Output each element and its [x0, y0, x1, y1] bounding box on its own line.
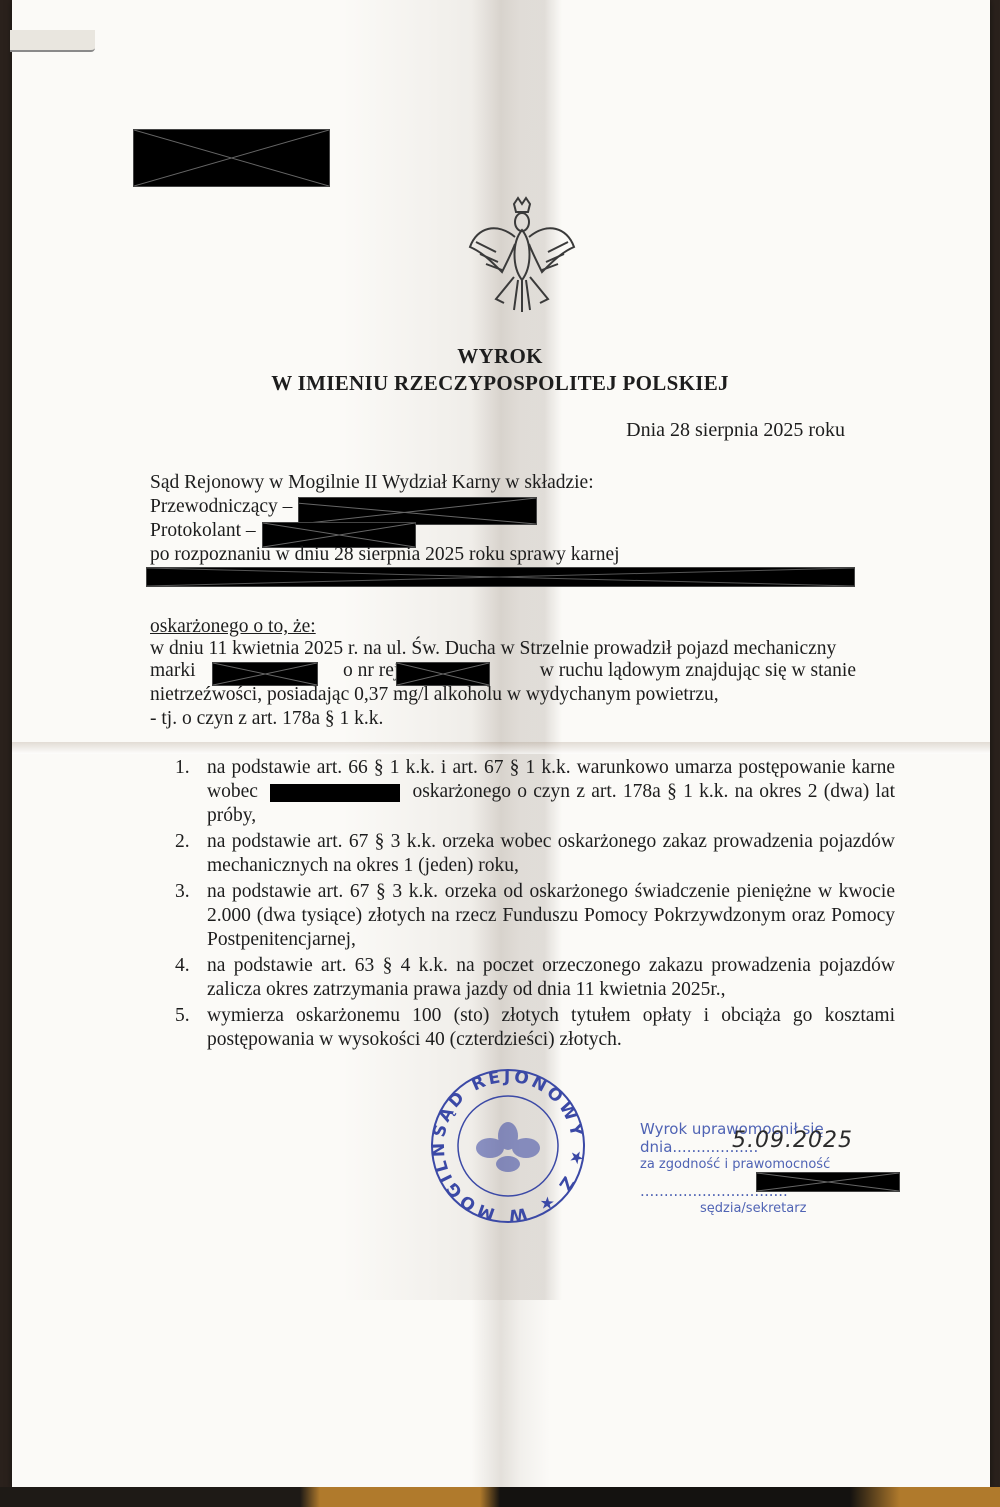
clerk-label: Protokolant – [150, 520, 256, 542]
redaction-box [298, 497, 537, 525]
torn-corner [10, 30, 95, 52]
charge-line: w dniu 11 kwietnia 2025 r. na ul. Św. Du… [150, 638, 836, 660]
court-seal-stamp: SĄD REJONOWY ★ Z ★ W MOGILNIE [428, 1066, 588, 1226]
ruling-item: 3. na podstawie art. 67 § 3 k.k. orzeka … [175, 880, 895, 952]
ruling-item: 5. wymierza oskarżonemu 100 (sto) złotyc… [175, 1004, 895, 1052]
redaction-box [270, 784, 400, 802]
charge-heading: oskarżonego o to, że: [150, 616, 316, 638]
eagle-seal-icon [476, 1122, 540, 1172]
ruling-text: na podstawie art. 67 § 3 k.k. orzeka od … [207, 880, 895, 952]
ruling-text: na podstawie art. 67 § 3 k.k. orzeka wob… [207, 830, 895, 878]
ruling-number: 5. [175, 1004, 207, 1052]
ruling-number: 4. [175, 954, 207, 1002]
charge-text: marki [150, 660, 195, 682]
ruling-number: 3. [175, 880, 207, 952]
polish-eagle-emblem-icon [462, 192, 582, 322]
hearing-line: po rozpoznaniu w dniu 28 sierpnia 2025 r… [150, 544, 620, 566]
ruling-text: wymierza oskarżonemu 100 (sto) złotych t… [207, 1004, 895, 1052]
document-subtitle: W IMIENIU RZECZYPOSPOLITEJ POLSKIEJ [0, 371, 1000, 396]
ruling-text: na podstawie art. 66 § 1 k.k. i art. 67 … [207, 756, 895, 828]
paper-fold [12, 742, 990, 754]
redaction-box [212, 662, 318, 686]
document-date: Dnia 28 sierpnia 2025 roku [626, 419, 845, 442]
ruling-item: 2. na podstawie art. 67 § 3 k.k. orzeka … [175, 830, 895, 878]
ruling-item: 1. na podstawie art. 66 § 1 k.k. i art. … [175, 756, 895, 828]
ruling-text: na podstawie art. 63 § 4 k.k. na poczet … [207, 954, 895, 1002]
redaction-box [133, 129, 330, 187]
ruling-number: 1. [175, 756, 207, 828]
background-surface [0, 1487, 1000, 1507]
handwritten-date: 5.09.2025 [732, 1128, 853, 1153]
ruling-number: 2. [175, 830, 207, 878]
document-title: WYROK [0, 344, 1000, 369]
redaction-box [146, 567, 855, 587]
presiding-judge-label: Przewodniczący – [150, 496, 292, 518]
ruling-item: 4. na podstawie art. 63 § 4 k.k. na pocz… [175, 954, 895, 1002]
charge-line: nietrzeźwości, posiadając 0,37 mg/l alko… [150, 684, 719, 706]
ruling-list: 1. na podstawie art. 66 § 1 k.k. i art. … [175, 756, 895, 1054]
charge-text: w ruchu lądowym znajdując się w stanie [540, 660, 856, 682]
redaction-box [756, 1172, 900, 1192]
court-composition: Sąd Rejonowy w Mogilnie II Wydział Karny… [150, 472, 594, 494]
charge-line: - tj. o czyn z art. 178a § 1 k.k. [150, 708, 383, 730]
redaction-box [396, 662, 490, 686]
stamp-line: sędzia/sekretarz [640, 1200, 900, 1218]
